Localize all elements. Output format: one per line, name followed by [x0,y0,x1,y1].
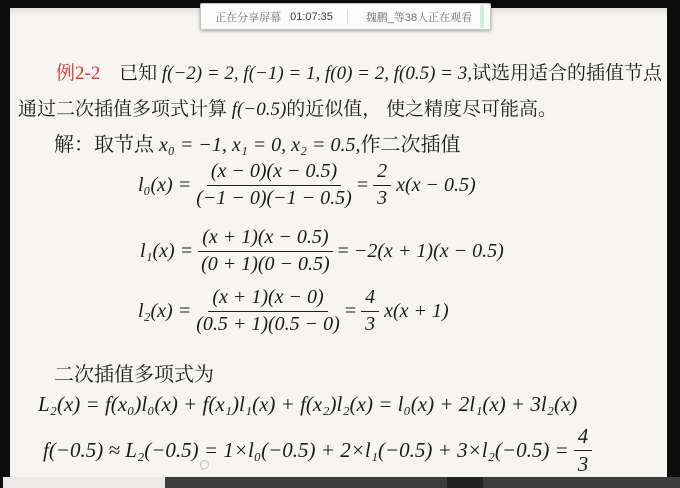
l0-coef-den: 3 [377,186,387,211]
equation-final: f(−0.5) ≈ L₂(−0.5) = 1×l₀(−0.5) + 2×l₁(−… [43,424,597,477]
l2-lhs: l₂(x) = [138,300,191,323]
final-fraction: 4 3 [574,424,593,477]
viewers-button[interactable]: 魏鹏_等38人正在观看 [348,9,490,25]
l0-equals: = [357,174,368,197]
equation-L2: L₂(x) = f(x₀)l₀(x) + f(x₁)l₁(x) + f(x₂)l… [38,392,577,417]
l2-tail: x(x + 1) [384,300,449,323]
final-frac-den: 3 [578,451,589,477]
intro-math: f(−2) = 2, f(−1) = 1, f(0) = 2, f(0.5) =… [162,63,472,84]
equation-l1: l₁(x) = (x + 1)(x − 0.5) (0 + 1)(0 − 0.5… [140,226,509,276]
final-body: f(−0.5) ≈ L₂(−0.5) = 1×l₀(−0.5) + 2×l₁(−… [43,438,569,463]
l2-coef-den: 3 [365,312,375,337]
problem-line-2: 通过二次插值多项式计算 f(−0.5)的近似值， 使之精度尽可能高。 [18,94,557,121]
l0-coef-num: 2 [373,160,391,186]
share-timer: 01:07:35 [290,11,333,23]
l2-coef-num: 4 [361,286,379,312]
l0-denominator: (−1 − 0)(−1 − 0.5) [196,186,352,211]
l0-tail: x(x − 0.5) [396,174,476,197]
l0-numerator: (x − 0)(x − 0.5) [207,160,341,186]
bottom-darker-patch [447,477,483,488]
equation-l0: l₀(x) = (x − 0)(x − 0.5) (−1 − 0)(−1 − 0… [138,160,481,210]
sharing-status-label: 正在分享屏幕 [215,9,281,25]
l2-equals: = [345,300,356,323]
l2-numerator: (x + 1)(x − 0) [208,286,327,312]
final-frac-num: 4 [574,424,593,451]
l1-equals: = [338,240,349,263]
example-tag: 例2-2 [56,63,100,84]
problem-line-1: 例2-2 已知 f(−2) = 2, f(−1) = 1, f(0) = 2, … [56,58,662,85]
line2-math: f(−0.5) [232,99,287,120]
screen-share-bar[interactable]: 正在分享屏幕 01:07:35 魏鹏_等38人正在观看 [200,3,491,30]
l0-coefficient-fraction: 2 3 [373,160,391,210]
green-indicator [480,5,484,28]
polynomial-label: 二次插值多项式为 [54,358,214,387]
l2-denominator: (0.5 + 1)(0.5 − 0) [196,312,340,337]
l2-fraction: (x + 1)(x − 0) (0.5 + 1)(0.5 − 0) [196,286,340,336]
line2-post: 的近似值， 使之精度尽可能高。 [286,99,557,120]
bottom-dark-strip [165,477,680,488]
shared-slide: 例2-2 已知 f(−2) = 2, f(−1) = 1, f(0) = 2, … [10,8,667,477]
line2-pre: 通过二次插值多项式计算 [18,99,232,120]
bottom-light-strip [3,477,165,488]
l0-fraction: (x − 0)(x − 0.5) (−1 − 0)(−1 − 0.5) [196,160,352,210]
l1-tail: −2(x + 1)(x − 0.5) [354,240,504,263]
solution-math: x₀ = −1, x₁ = 0, x₂ = 0.5, [159,134,360,156]
l2-coefficient-fraction: 4 3 [361,286,379,336]
l1-denominator: (0 + 1)(0 − 0.5) [201,252,330,277]
share-status-group: 正在分享屏幕 01:07:35 [201,9,347,25]
solution-line: 解：取节点 x₀ = −1, x₁ = 0, x₂ = 0.5,作二次插值 [54,128,460,157]
l0-lhs: l₀(x) = [138,174,191,197]
intro-post: 试选用适合的插值节点 [472,63,662,84]
solution-post: 作二次插值 [360,134,460,156]
intro-pre: 已知 [119,63,162,84]
solution-pre: 解：取节点 [54,134,159,156]
l1-lhs: l₁(x) = [140,240,193,263]
l1-numerator: (x + 1)(x − 0.5) [198,226,332,252]
equation-l2: l₂(x) = (x + 1)(x − 0) (0.5 + 1)(0.5 − 0… [138,286,454,336]
l1-fraction: (x + 1)(x − 0.5) (0 + 1)(0 − 0.5) [198,226,332,276]
